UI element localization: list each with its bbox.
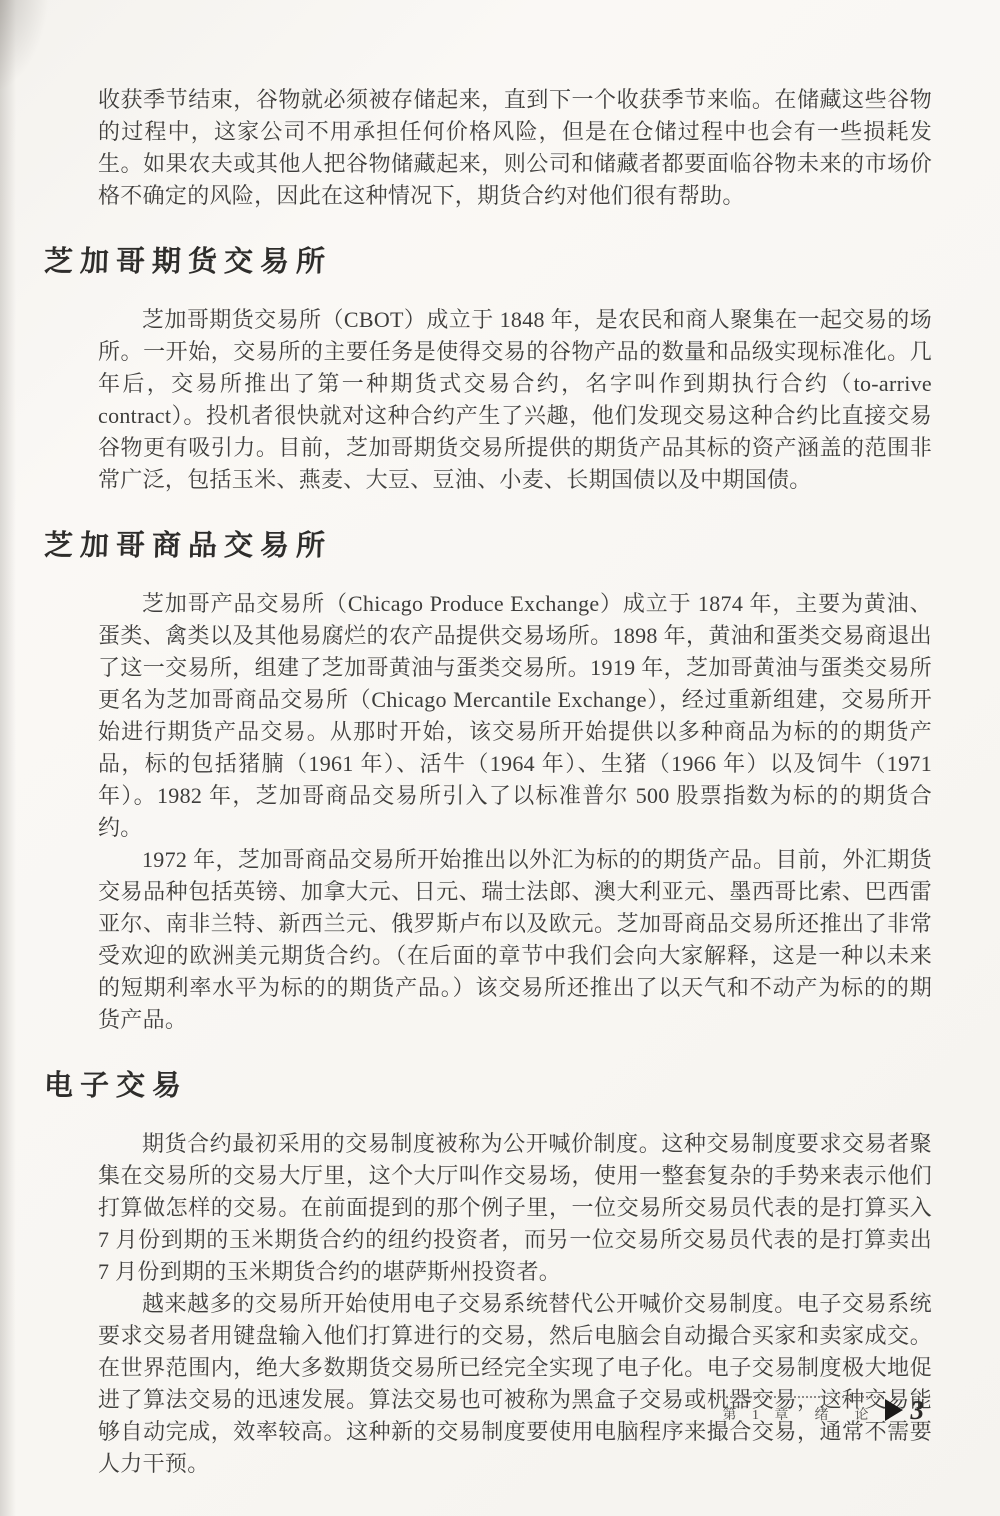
section-heading-cbot: 芝加哥期货交易所 — [43, 242, 932, 282]
section-heading-cme: 芝加哥商品交易所 — [43, 526, 932, 566]
chapter-running-title: 第 1 章 绪 论 — [719, 1396, 879, 1424]
section-heading-electronic-trading: 电子交易 — [43, 1066, 932, 1106]
electronic-systems-paragraph: 越来越多的交易所开始使用电子交易系统替代公开喊价交易制度。电子交易系统要求交易者… — [98, 1288, 932, 1480]
scanned-book-page: 收获季节结束，谷物就必须被存储起来，直到下一个收获季节来临。在储藏这些谷物的过程… — [0, 0, 1000, 1516]
scan-left-gutter-shadow — [0, 0, 16, 1516]
open-outcry-paragraph: 期货合约最初采用的交易制度被称为公开喊价制度。这种交易制度要求交易者聚集在交易所… — [98, 1128, 932, 1288]
cme-currency-paragraph: 1972 年，芝加哥商品交易所开始推出以外汇为标的的期货产品。目前，外汇期货交易… — [98, 844, 932, 1036]
cbot-paragraph: 芝加哥期货交易所（CBOT）成立于 1848 年，是农民和商人聚集在一起交易的场… — [98, 304, 932, 496]
page-footer: 第 1 章 绪 论 3 — [719, 1396, 925, 1424]
intro-continuation-paragraph: 收获季节结束，谷物就必须被存储起来，直到下一个收获季节来临。在储藏这些谷物的过程… — [98, 84, 932, 212]
cme-history-paragraph: 芝加哥产品交易所（Chicago Produce Exchange）成立于 18… — [98, 588, 932, 844]
page-body-text-block: 收获季节结束，谷物就必须被存储起来，直到下一个收获季节来临。在储藏这些谷物的过程… — [98, 84, 932, 1480]
page-number: 3 — [911, 1397, 925, 1424]
page-marker-triangle-icon — [885, 1399, 903, 1421]
scan-corner-shadow — [0, 0, 90, 160]
